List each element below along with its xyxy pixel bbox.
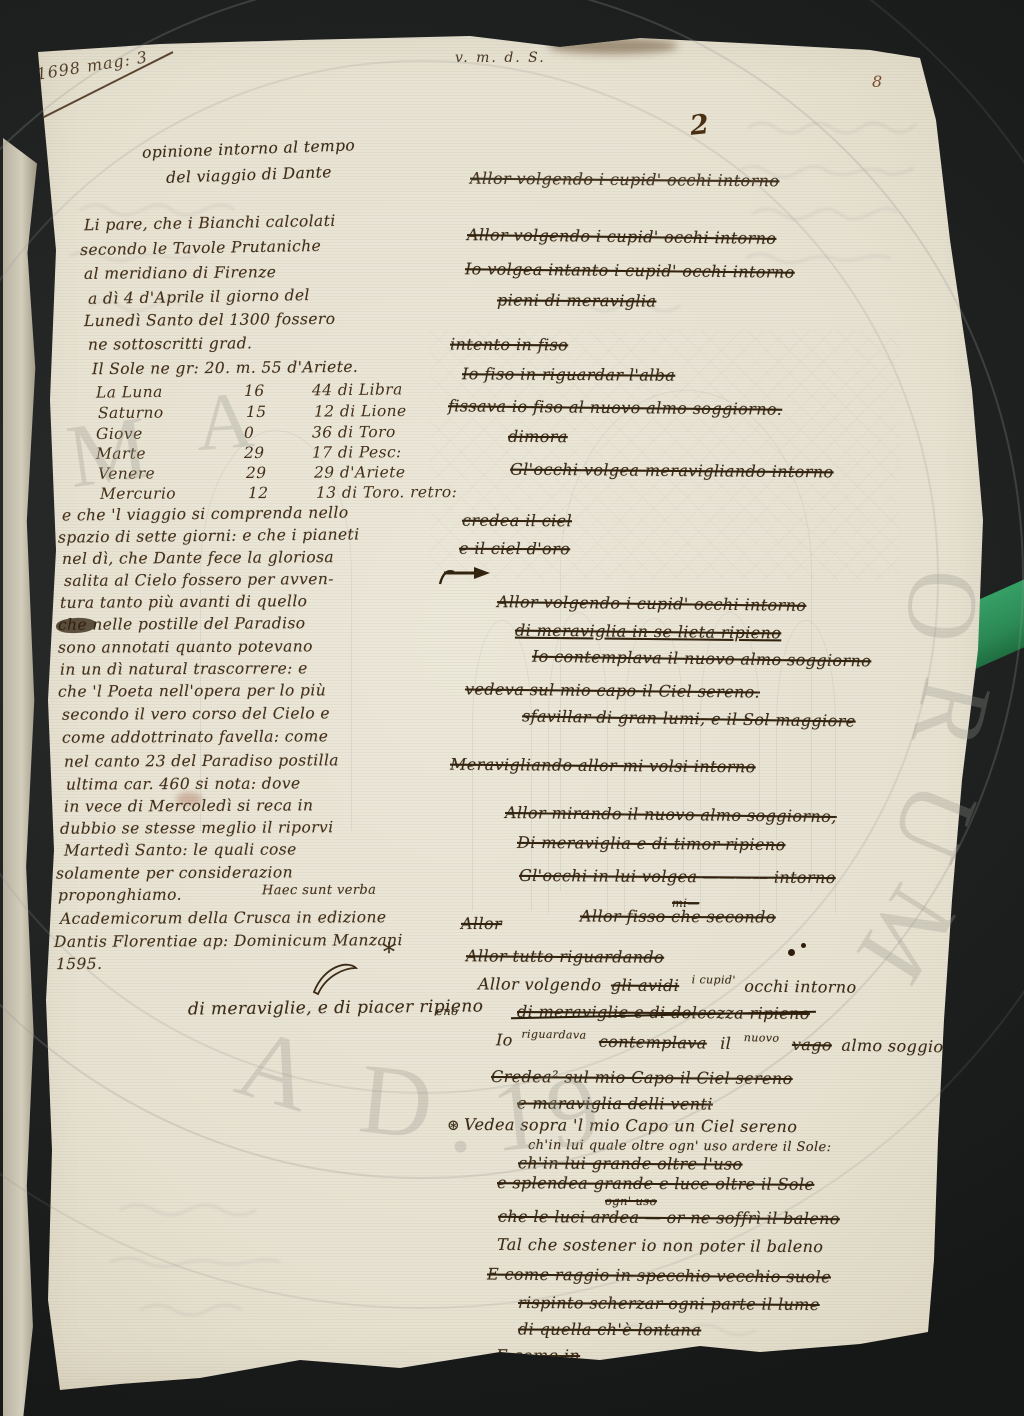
note-line: nel canto 23 del Paradiso postilla bbox=[64, 753, 339, 770]
planet-degrees: 16 bbox=[244, 381, 312, 400]
note-line: 1595. bbox=[56, 957, 102, 973]
draft-line: mi— bbox=[672, 898, 699, 910]
draft-line: E come in bbox=[496, 1348, 580, 1364]
note-line: ultima car. 460 si nota: dove bbox=[66, 776, 301, 793]
planet-sign: 29 d'Ariete bbox=[314, 463, 405, 481]
interlinear-revision: ch'in lui quale oltre ogn' uso ardere il… bbox=[528, 1139, 832, 1154]
draft-line: di meraviglie e di dolcezza ripieno bbox=[517, 1004, 810, 1022]
planet-row: Saturno 15 12 di Lione bbox=[98, 402, 407, 422]
planet-name: Giove bbox=[96, 424, 244, 443]
draft-line: Di meraviglia e di timor ripieno bbox=[517, 835, 786, 853]
draft-line: intento in fiso bbox=[450, 337, 568, 354]
draft-line: rispinto scherzar ogni parte il lume bbox=[518, 1295, 820, 1313]
note-line: in un dì natural trascorrere: e bbox=[60, 661, 308, 678]
planet-name: La Luna bbox=[96, 382, 244, 402]
draft-line: credea il ciel bbox=[462, 513, 572, 530]
planet-degrees: 12 bbox=[248, 484, 316, 502]
inserted-text: i cupid' bbox=[692, 973, 736, 986]
draft-line: e il ciel d'oro bbox=[459, 541, 570, 558]
kept-text: Allor volgendo bbox=[478, 974, 602, 994]
draft-line: Allor volgendo i cupid' occhi intorno bbox=[467, 227, 777, 247]
reference-bullet: ⊛ bbox=[447, 1118, 460, 1133]
planet-name: Mercurio bbox=[100, 484, 248, 503]
interlinear-deleted: ogn' uso bbox=[605, 1196, 657, 1208]
quill-flourish bbox=[308, 958, 364, 998]
draft-line: di quella ch'è lontana bbox=[518, 1322, 701, 1339]
draft-line: Credea² sul mio Capo il Ciel sereno bbox=[491, 1069, 793, 1087]
manuscript-page: 1698 mag: 3 v. m. d. S. 8 2 opinione int… bbox=[0, 0, 1024, 1416]
invocation-mark: v. m. d. S. bbox=[455, 50, 546, 66]
planet-sign: 12 di Lione bbox=[314, 402, 407, 421]
inserted-text: riguardava bbox=[521, 1028, 586, 1042]
kept-text: occhi intorno bbox=[744, 977, 857, 997]
draft-line: e splendea grande e luce oltre il Sole bbox=[497, 1175, 814, 1193]
sun-position-line: Il Sole ne gr: 20. m. 55 d'Ariete. bbox=[92, 360, 358, 378]
note-line: Martedì Santo: le quali cose bbox=[64, 842, 297, 859]
folio-number: 8 bbox=[872, 72, 882, 91]
draft-line: E come raggio in specchio vecchio suole bbox=[487, 1266, 831, 1285]
planet-name: Venere bbox=[98, 464, 246, 483]
planet-row: Marte 29 17 di Pesc: bbox=[96, 443, 402, 463]
note-line: Academicorum della Crusca in edizione bbox=[60, 910, 387, 927]
kept-text: il bbox=[720, 1034, 731, 1053]
kept-text: almo soggiorno bbox=[841, 1036, 972, 1057]
draft-line: che le luci ardea — or ne soffrì il bale… bbox=[498, 1209, 840, 1227]
note-line: tura tanto più avanti di quello bbox=[60, 594, 307, 611]
note-line: come addottrinato favella: come bbox=[62, 729, 328, 746]
draft-line: Vedea sopra 'l mio Capo un Ciel sereno bbox=[464, 1117, 797, 1135]
draft-line: ch'in lui grande oltre l'uso bbox=[518, 1155, 743, 1172]
adjacent-leaf-edge bbox=[3, 138, 37, 1416]
planet-sign: 36 di Toro bbox=[312, 423, 396, 442]
note-line: salita al Cielo fossero per avven- bbox=[64, 572, 334, 589]
insertion-pilcrow-mark bbox=[436, 562, 492, 588]
draft-line: Io volgea intanto i cupid' occhi intorno bbox=[465, 261, 795, 280]
note-line: e che 'l viaggio si comprenda nello bbox=[62, 506, 349, 525]
draft-line-with-edits: Allor volgendo gli avidi i cupid' occhi … bbox=[478, 976, 857, 995]
planet-row: Mercurio 12 13 di Toro. retro: bbox=[100, 483, 457, 503]
planet-name: Saturno bbox=[98, 403, 246, 422]
draft-line: Allor volgendo i cupid' occhi intorno bbox=[470, 171, 780, 190]
planet-row: La Luna 16 44 di Libra bbox=[96, 380, 403, 401]
note-line: che 'l Poeta nell'opera per lo più bbox=[58, 683, 326, 700]
draft-line: Allor bbox=[461, 916, 502, 932]
note-line: sono annotati quanto potevano bbox=[58, 639, 313, 656]
planet-row: Giove 0 36 di Toro bbox=[96, 423, 396, 443]
note-line: spazio di sette giorni: e che i pianeti bbox=[58, 527, 360, 546]
edge-stain bbox=[548, 38, 678, 54]
planet-degrees: 29 bbox=[244, 444, 312, 462]
draft-line: pieni di meraviglia bbox=[497, 292, 656, 309]
draft-line: Tal che sostener io non poter il baleno bbox=[497, 1237, 823, 1255]
inserted-text: nuovo bbox=[744, 1031, 780, 1045]
draft-line: Meravigliando allor mi volsi intorno bbox=[450, 757, 756, 776]
draft-line: Gl'occhi in lui volgea ———— intorno bbox=[519, 868, 836, 886]
section-mark: 2 bbox=[688, 109, 710, 142]
draft-line: dimora bbox=[508, 429, 568, 445]
deleted-text: gli avidi bbox=[611, 976, 679, 996]
note-line: solamente per considerazion bbox=[56, 865, 293, 882]
note-line: al meridiano di Firenze bbox=[84, 265, 276, 282]
note-line: Dantis Florentiae ap: Dominicum Manzani bbox=[54, 933, 403, 950]
planet-degrees: 0 bbox=[244, 424, 312, 442]
planet-degrees: 15 bbox=[246, 403, 314, 421]
note-line: nel dì, che Dante fece la gloriosa bbox=[62, 550, 334, 567]
draft-line: di meraviglia in se lieta ripieno bbox=[515, 623, 781, 642]
draft-line: vedeva sul mio capo il Ciel sereno. bbox=[465, 681, 760, 700]
planet-row: Venere 29 29 d'Ariete bbox=[98, 463, 405, 483]
kept-text: Io bbox=[496, 1030, 513, 1049]
ink-blot bbox=[788, 949, 795, 956]
draft-line: Allor mirando il nuovo almo soggiorno, bbox=[505, 805, 837, 825]
ink-blot bbox=[801, 943, 806, 948]
note-line: in vece di Mercoledì si reca in bbox=[64, 798, 313, 815]
planet-degrees: 29 bbox=[246, 464, 314, 482]
note-line: proponghiamo. bbox=[58, 888, 182, 904]
note-line: dubbio se stesse meglio il riporvi bbox=[60, 820, 334, 837]
deleted-text: vago bbox=[792, 1035, 832, 1055]
draft-line: e maraviglia delli venti bbox=[517, 1095, 713, 1112]
note-line: a dì 4 d'Aprile il giorno del bbox=[88, 288, 310, 307]
planet-name: Marte bbox=[96, 444, 244, 463]
draft-line: Allor tutto riguardando bbox=[466, 948, 664, 965]
draft-line: fissava io fiso al nuovo almo soggiorno. bbox=[448, 398, 782, 417]
note-line: Lunedì Santo del 1300 fossero bbox=[84, 312, 336, 330]
draft-line: Allor volgendo i cupid' occhi intorno bbox=[497, 594, 807, 614]
draft-line: Allor fisso che secondo bbox=[580, 908, 776, 925]
note-line: ne sottoscritti grad. bbox=[88, 336, 252, 353]
manuscript-scan: 1698 mag: 3 v. m. d. S. 8 2 opinione int… bbox=[0, 0, 1024, 1416]
asterisk-mark: * bbox=[383, 940, 395, 964]
draft-line: Gl'occhi volgea meravigliando intorno bbox=[510, 462, 834, 481]
planet-sign: 13 di Toro. retro: bbox=[316, 483, 457, 502]
planet-sign: 44 di Libra bbox=[312, 380, 403, 399]
draft-line: Io fiso in riguardar l'alba bbox=[462, 366, 675, 383]
draft-line: Io contemplava il nuovo almo soggiorno bbox=[532, 649, 872, 670]
margin-fragment: eno bbox=[436, 1006, 458, 1018]
side-note: Haec sunt verba bbox=[262, 884, 376, 898]
planet-sign: 17 di Pesc: bbox=[312, 443, 402, 461]
note-line: secondo il vero corso del Cielo e bbox=[62, 706, 330, 723]
deleted-text: contemplava bbox=[599, 1032, 707, 1053]
